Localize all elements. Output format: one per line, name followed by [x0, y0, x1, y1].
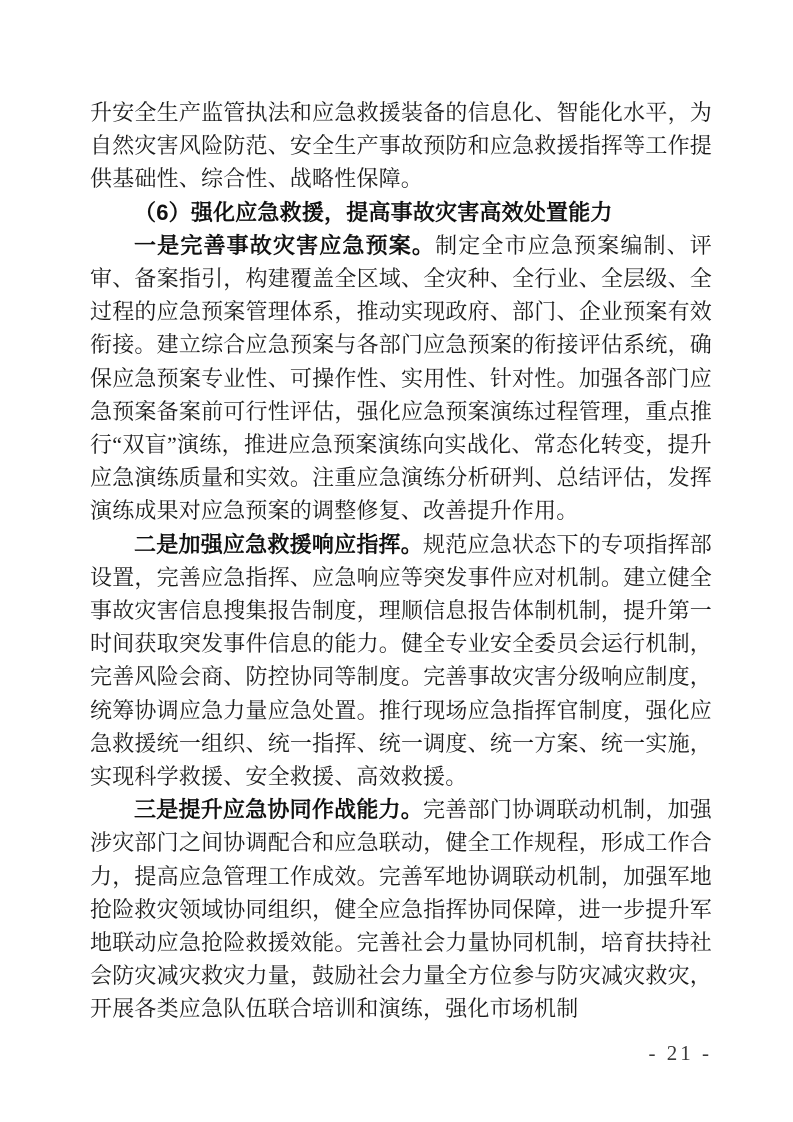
- paragraph-lead: 二是加强应急救援响应指挥。: [134, 532, 423, 557]
- page-number: - 21 -: [90, 1041, 712, 1066]
- continuation-paragraph: 升安全生产监管执法和应急救援装备的信息化、智能化水平，为自然灾害风险防范、安全生…: [90, 96, 712, 196]
- body-text: 升安全生产监管执法和应急救援装备的信息化、智能化水平，为自然灾害风险防范、安全生…: [90, 96, 712, 1026]
- paragraph: 二是加强应急救援响应指挥。规范应急状态下的专项指挥部设置，完善应急指挥、应急响应…: [90, 528, 712, 794]
- paragraph: 一是完善事故灾害应急预案。制定全市应急预案编制、评审、备案指引，构建覆盖全区域、…: [90, 229, 712, 528]
- paragraph-lead: 一是完善事故灾害应急预案。: [134, 233, 435, 258]
- paragraph-body: 制定全市应急预案编制、评审、备案指引，构建覆盖全区域、全灾种、全行业、全层级、全…: [90, 233, 712, 524]
- paragraph: 三是提升应急协同作战能力。完善部门协调联动机制，加强涉灾部门之间协调配合和应急联…: [90, 793, 712, 1025]
- paragraph-body: 规范应急状态下的专项指挥部设置，完善应急指挥、应急响应等突发事件应对机制。建立健…: [90, 532, 712, 789]
- paragraph-lead: 三是提升应急协同作战能力。: [134, 797, 423, 822]
- paragraph-body: 完善部门协调联动机制，加强涉灾部门之间协调配合和应急联动，健全工作规程，形成工作…: [90, 797, 712, 1021]
- section-heading: （6）强化应急救援，提高事故灾害高效处置能力: [90, 196, 712, 229]
- document-page: 升安全生产监管执法和应急救援装备的信息化、智能化水平，为自然灾害风险防范、安全生…: [0, 0, 793, 1122]
